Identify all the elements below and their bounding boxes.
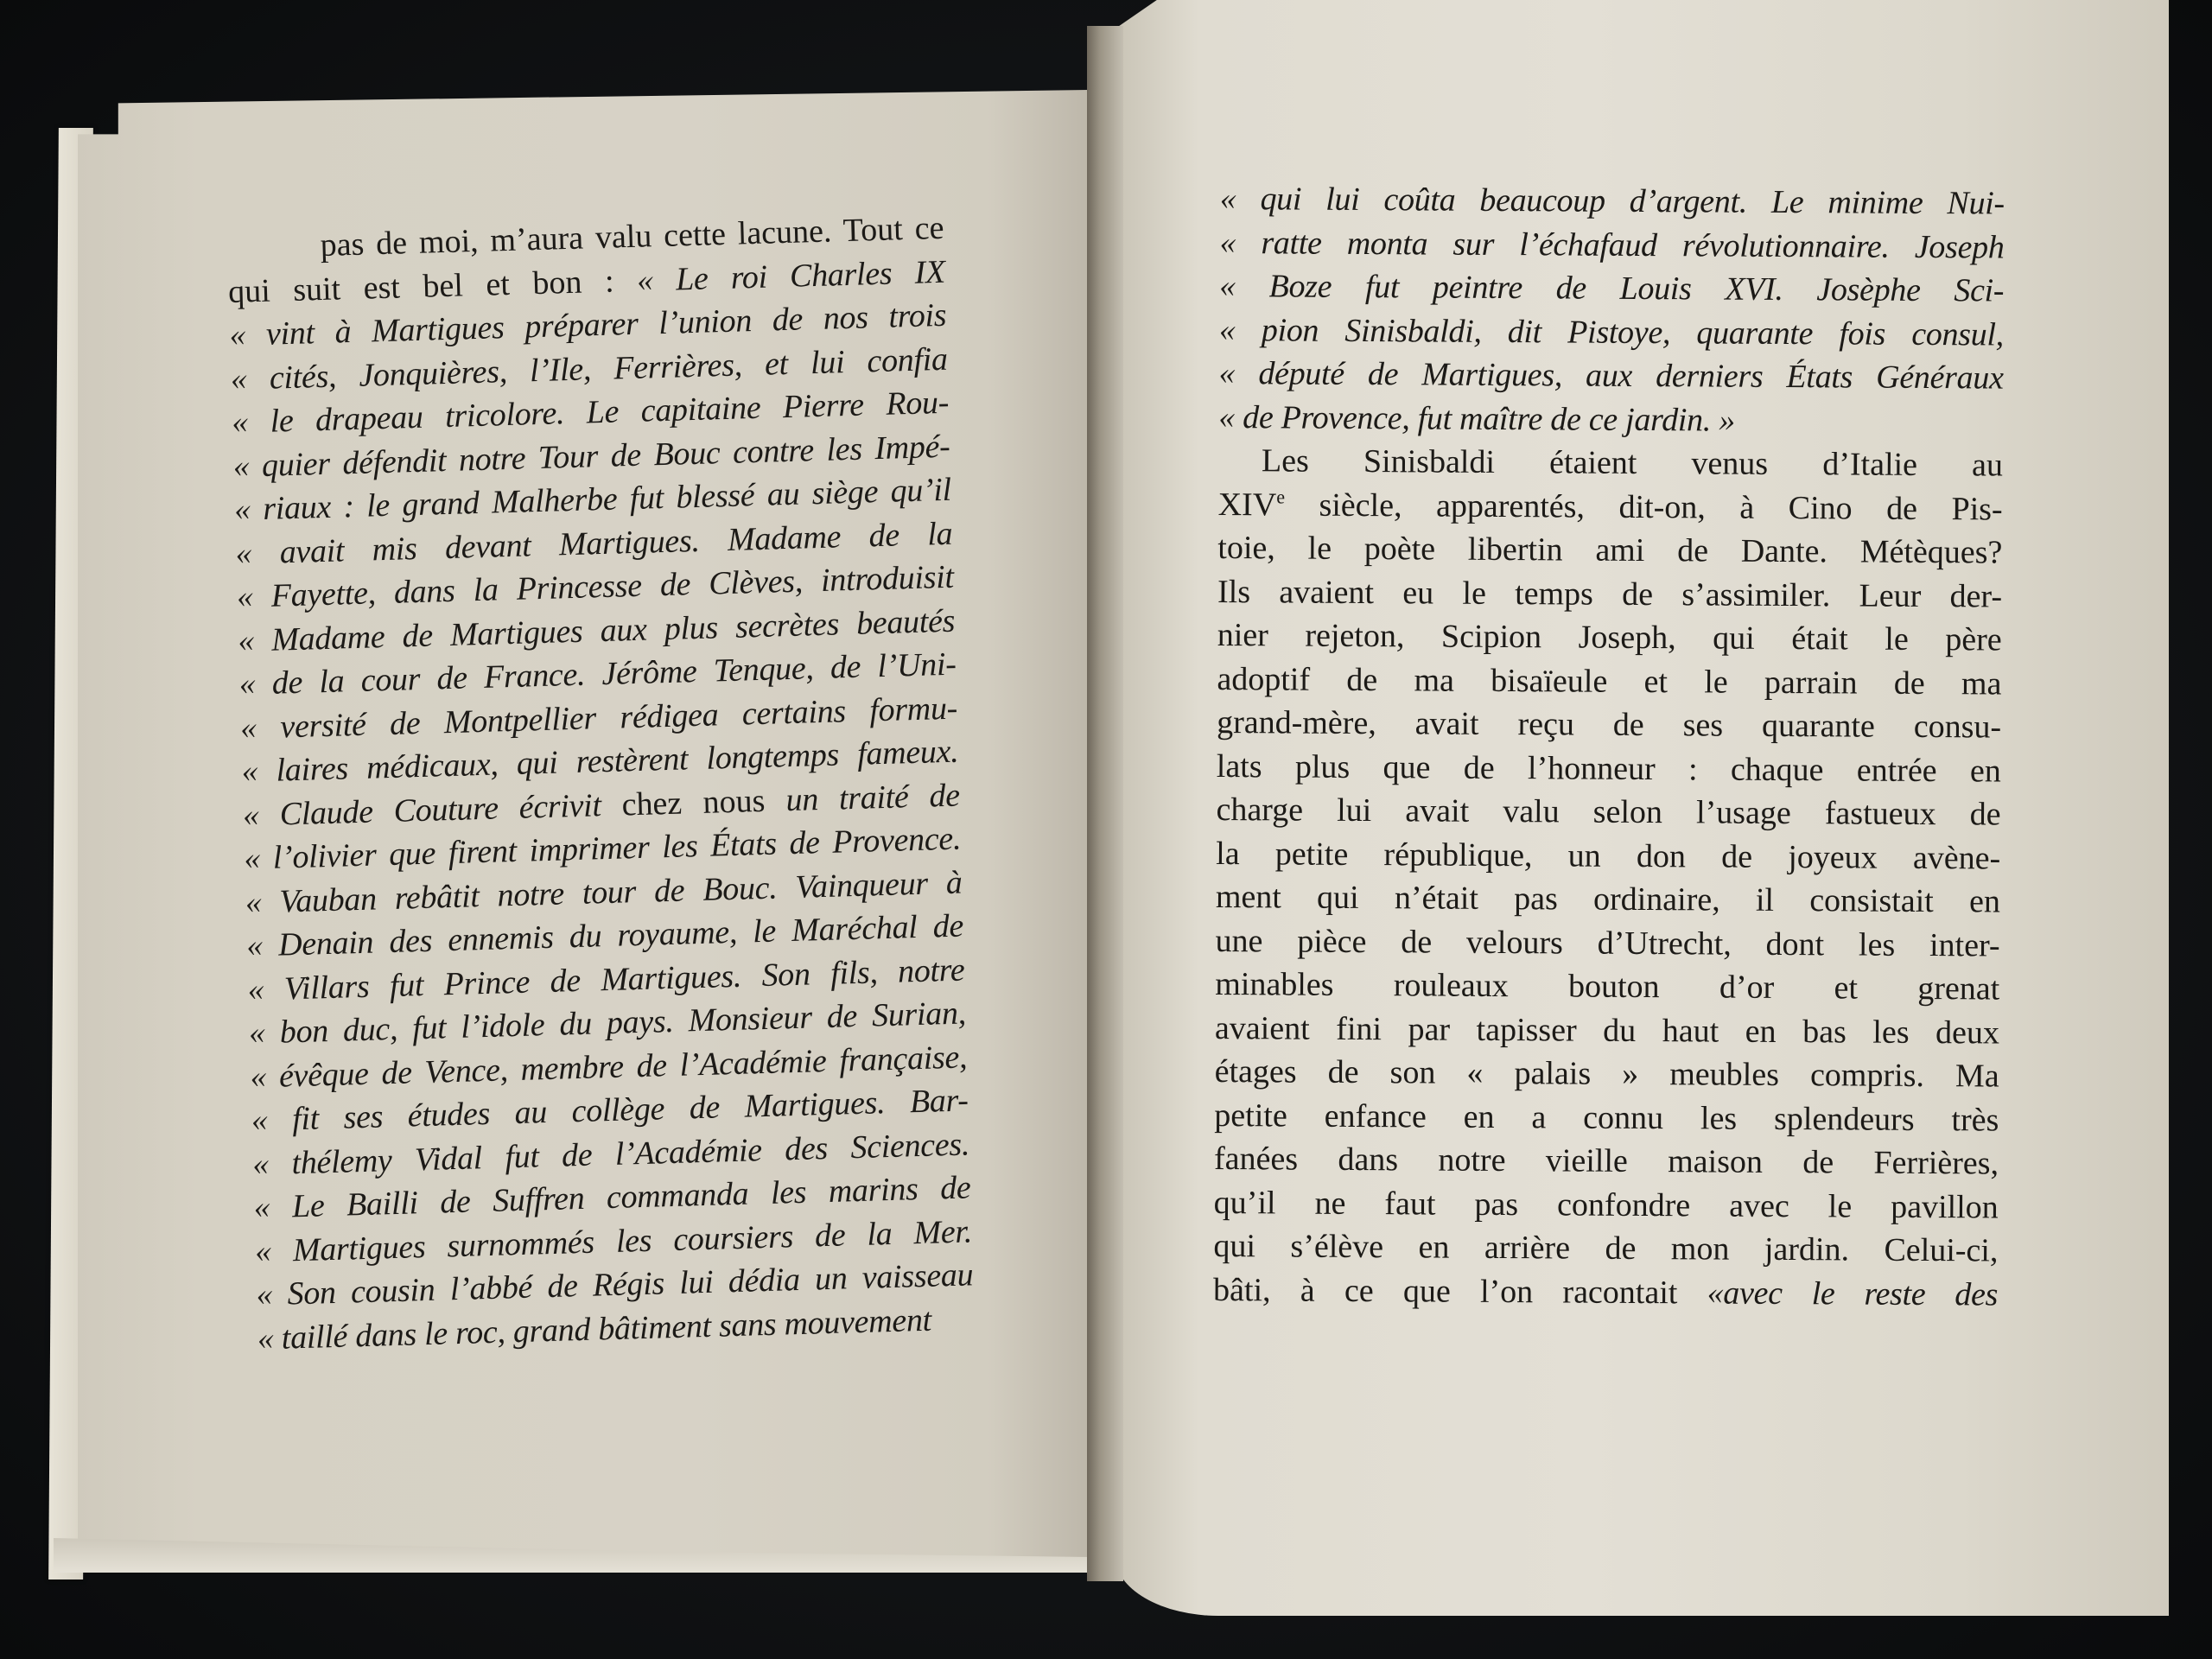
text-line: nier rejeton, Scipion Joseph, qui était … — [1217, 613, 2002, 662]
book-gutter — [1087, 26, 1123, 1581]
superscript: e — [1276, 486, 1285, 507]
text-roman: qui suit est bel et bon : — [228, 262, 638, 309]
text-line: « qui lui coûta beaucoup d’argent. Le mi… — [1220, 177, 2005, 226]
text-italic: un traité de — [785, 777, 960, 818]
text-line: « Boze fut peintre de Louis XVI. Josèphe… — [1219, 264, 2004, 313]
text-roman: chez nous — [621, 782, 786, 823]
text-line: fanées dans notre vieille maison de Ferr… — [1214, 1137, 1999, 1185]
text-line: ment qui n’était pas ordinaire, il consi… — [1216, 875, 2000, 924]
text-line: adoptif de ma bisaïeule et le parrain de… — [1217, 657, 2001, 705]
text-line: « ratte monta sur l’échafaud révolutionn… — [1219, 220, 2004, 269]
text-line: « de Provence, fut maître de ce jardin. … — [1218, 395, 2003, 443]
text-line: XIVe siècle, apparentés, dit-on, à Cino … — [1218, 482, 2003, 531]
century-numeral: XIV — [1218, 486, 1277, 522]
text-line: Ils avaient eu le temps de s’assimiler. … — [1217, 569, 2002, 618]
text-italic: « Claude Couture écrivit — [242, 786, 622, 833]
text-line: minables rouleaux bouton d’or et grenat — [1215, 963, 1999, 1011]
text-line: grand-mère, avait reçu de ses quarante c… — [1217, 701, 2001, 749]
open-book: pas de moi, m’aura valu cette lacune. To… — [0, 0, 2212, 1659]
text-line: qu’il ne faut pas confondre avec le pavi… — [1214, 1180, 1999, 1229]
text-line: « député de Martigues, aux derniers État… — [1218, 352, 2003, 400]
text-line: charge lui avait valu selon l’usage fast… — [1216, 788, 2000, 836]
text-line: lats plus que de l’honneur : chaque entr… — [1217, 744, 2001, 792]
text-italic: « Le roi Charles IX — [637, 253, 946, 298]
text-line: « pion Sinisbaldi, dit Pistoye, quarante… — [1219, 308, 2004, 356]
text-line: qui s’élève en arrière de mon jardin. Ce… — [1213, 1224, 1998, 1273]
right-page-text: « qui lui coûta beaucoup d’argent. Le mi… — [1213, 177, 2005, 1317]
paragraph-start-line: Les Sinisbaldi étaient venus d’Italie au — [1218, 439, 2003, 487]
text-line: toie, le poète libertin ami de Dante. Mé… — [1217, 526, 2002, 575]
text-line: étages de son « palais » meubles compris… — [1215, 1050, 1999, 1098]
text-line: petite enfance en a connu les splendeurs… — [1214, 1093, 1999, 1141]
text-roman: bâti, à ce que l’on racontait — [1213, 1271, 1707, 1310]
text-line: une pièce de velours d’Utrecht, dont les… — [1215, 918, 1999, 967]
text-roman: siècle, apparentés, dit-on, à Cino de Pi… — [1285, 486, 2003, 527]
text-line: bâti, à ce que l’on racontait «avec le r… — [1213, 1268, 1998, 1316]
text-line: la petite république, un don de joyeux a… — [1216, 831, 2000, 880]
left-page-text: pas de moi, m’aura valu cette lacune. To… — [226, 207, 975, 1361]
text-line: avaient fini par tapisser du haut en bas… — [1215, 1006, 1999, 1054]
text-italic: «avec le reste des — [1707, 1274, 1999, 1313]
